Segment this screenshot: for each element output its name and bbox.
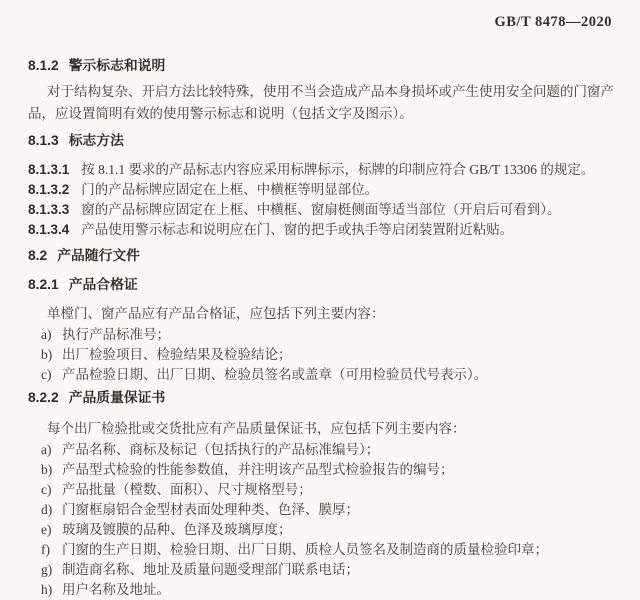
item-letter: e) — [41, 520, 62, 540]
section-heading-8-2-2: 8.2.2产品质量保证书 — [28, 388, 614, 408]
section-number: 8.2.2 — [28, 390, 59, 405]
item-text: 产品批量（樘数、面积）、尺寸规格型号； — [62, 480, 312, 500]
list-item-a: a)执行产品标准号； — [28, 325, 614, 345]
section-title: 产品合格证 — [69, 277, 138, 292]
list-item-e: e)玻璃及镀膜的品种、色泽及玻璃厚度； — [28, 520, 614, 540]
clause-8-1-3-2: 8.1.3.2门的产品标牌应固定在上框、中横框等明显部位。 — [28, 180, 614, 200]
clause-8-1-3-3: 8.1.3.3窗的产品标牌应固定在上框、中横框、窗扇梃侧面等适当部位（开启后可看… — [28, 200, 614, 220]
item-text: 用户名称及地址。 — [62, 580, 170, 600]
list-item-g: g)制造商名称、地址及质量问题受理部门联系电话； — [28, 560, 614, 580]
item-text: 门窗的生产日期、检验日期、出厂日期、质检人员签名及制造商的质量检验印章； — [62, 540, 548, 560]
clause-text: 窗的产品标牌应固定在上框、中横框、窗扇梃侧面等适当部位（开启后可看到）。 — [81, 200, 560, 220]
paragraph-8-2-1-intro: 单樘门、窗产品应有产品合格证，应包括下列主要内容： — [28, 303, 614, 325]
document-content: 8.1.2警示标志和说明 对于结构复杂、开启方法比较特殊，使用不当会造成产品本身… — [0, 56, 640, 600]
clause-text: 门的产品标牌应固定在上框、中横框等明显部位。 — [81, 180, 378, 200]
item-letter: d) — [41, 500, 62, 520]
clause-number: 8.1.3.2 — [28, 180, 69, 200]
item-letter: h) — [41, 580, 62, 600]
item-text: 产品检验日期、出厂日期、检验员签名或盖章（可用检验员代号表示）。 — [62, 365, 487, 385]
list-item-a: a)产品名称、商标及标记（包括执行的产品标准编号）； — [28, 440, 614, 460]
item-letter: g) — [41, 560, 62, 580]
section-heading-8-1-3: 8.1.3标志方法 — [28, 131, 614, 151]
section-number: 8.1.3 — [28, 133, 59, 148]
item-letter: c) — [41, 480, 62, 500]
section-number: 8.2 — [28, 248, 47, 263]
document-page: { "doc": { "header": { "standard_number"… — [0, 0, 640, 600]
item-text: 产品型式检验的性能参数值，并注明该产品型式检验报告的编号； — [62, 460, 454, 480]
item-text: 产品名称、商标及标记（包括执行的产品标准编号）； — [62, 440, 379, 460]
clause-text: 产品使用警示标志和说明应在门、窗的把手或执手等启闭装置附近粘贴。 — [81, 220, 513, 240]
clause-number: 8.1.3.4 — [28, 220, 69, 240]
item-letter: f) — [41, 540, 62, 560]
list-item-c: c)产品批量（樘数、面积）、尺寸规格型号； — [28, 480, 614, 500]
list-item-b: b)产品型式检验的性能参数值，并注明该产品型式检验报告的编号； — [28, 460, 614, 480]
clause-8-1-3-4: 8.1.3.4产品使用警示标志和说明应在门、窗的把手或执手等启闭装置附近粘贴。 — [28, 220, 614, 240]
list-item-b: b)出厂检验项目、检验结果及检验结论； — [28, 345, 614, 365]
section-heading-8-1-2: 8.1.2警示标志和说明 — [28, 56, 614, 76]
item-text: 门窗框扇铝合金型材表面处理种类、色泽、膜厚； — [62, 500, 359, 520]
list-item-f: f)门窗的生产日期、检验日期、出厂日期、质检人员签名及制造商的质量检验印章； — [28, 540, 614, 560]
standard-number: GB/T 8478—2020 — [0, 12, 640, 32]
section-title: 产品随行文件 — [57, 248, 140, 263]
clause-text: 按 8.1.1 要求的产品标志内容应采用标牌标示，标牌的印制应符合 GB/T 1… — [81, 160, 594, 180]
clause-8-1-3-1: 8.1.3.1按 8.1.1 要求的产品标志内容应采用标牌标示，标牌的印制应符合… — [28, 160, 614, 180]
section-title: 警示标志和说明 — [69, 58, 166, 73]
section-heading-8-2-1: 8.2.1产品合格证 — [28, 275, 614, 295]
item-letter: b) — [41, 345, 62, 365]
list-item-c: c)产品检验日期、出厂日期、检验员签名或盖章（可用检验员代号表示）。 — [28, 365, 614, 385]
item-text: 出厂检验项目、检验结果及检验结论； — [62, 345, 292, 365]
item-letter: a) — [41, 325, 62, 345]
section-title: 标志方法 — [69, 133, 124, 148]
clause-number: 8.1.3.3 — [28, 200, 69, 220]
paragraph-8-2-2-intro: 每个出厂检验批或交货批应有产品质量保证书，应包括下列主要内容： — [28, 418, 614, 440]
item-letter: b) — [41, 460, 62, 480]
section-number: 8.1.2 — [28, 58, 59, 73]
item-letter: a) — [41, 440, 62, 460]
item-letter: c) — [41, 365, 62, 385]
item-text: 执行产品标准号； — [62, 325, 170, 345]
clause-number: 8.1.3.1 — [28, 160, 69, 180]
section-number: 8.2.1 — [28, 277, 59, 292]
list-item-d: d)门窗框扇铝合金型材表面处理种类、色泽、膜厚； — [28, 500, 614, 520]
section-heading-8-2: 8.2产品随行文件 — [28, 246, 614, 266]
list-item-h: h)用户名称及地址。 — [28, 580, 614, 600]
paragraph-8-1-2: 对于结构复杂、开启方法比较特殊，使用不当会造成产品本身损坏或产生使用安全问题的门… — [28, 81, 614, 125]
item-text: 制造商名称、地址及质量问题受理部门联系电话； — [62, 560, 359, 580]
item-text: 玻璃及镀膜的品种、色泽及玻璃厚度； — [62, 520, 292, 540]
section-title: 产品质量保证书 — [69, 390, 166, 405]
